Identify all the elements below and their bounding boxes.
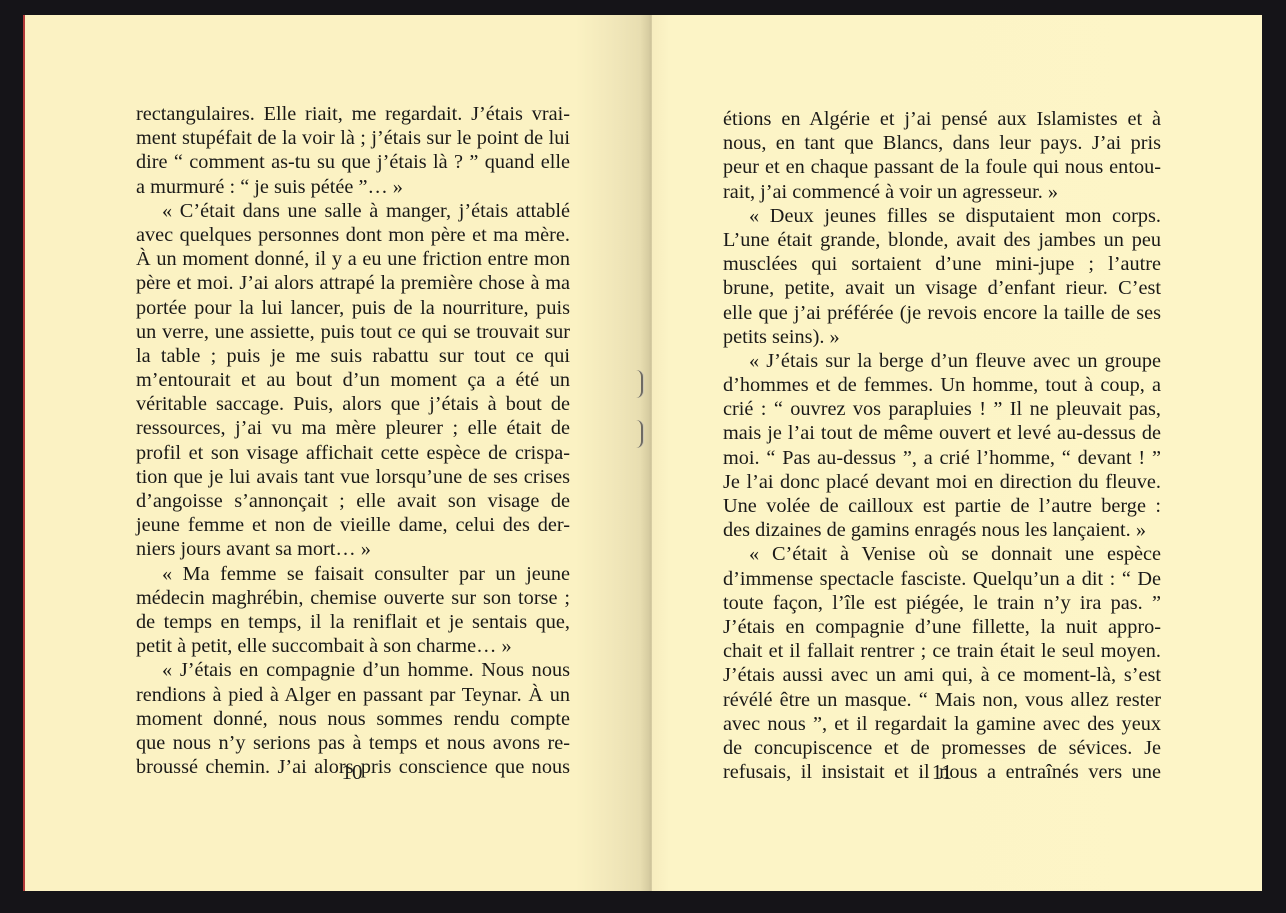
text-line: que nous n’y serions pas à temps et nous… bbox=[136, 731, 570, 755]
left-page: rectangulaires. Elle riait, me regardait… bbox=[23, 15, 651, 891]
paragraph-start-line: « Deux jeunes filles se disputaient mon … bbox=[723, 204, 1161, 228]
text-line: ment stupéfait de la voir là ; j’étais s… bbox=[136, 126, 570, 150]
text-line: J’étais aussi avec un ami qui, à ce mome… bbox=[723, 663, 1161, 687]
text-line: de temps en temps, il la reniflait et je… bbox=[136, 610, 570, 634]
text-line: crié : “ ouvrez vos parapluies ! ” Il ne… bbox=[723, 397, 1161, 421]
text-line: nous, en tant que Blancs, dans leur pays… bbox=[723, 131, 1161, 155]
text-line: a murmuré : “ je suis pétée ”… » bbox=[136, 175, 570, 199]
text-line: rendions à pied à Alger en passant par T… bbox=[136, 683, 570, 707]
text-line: jeune femme et non de vieille dame, celu… bbox=[136, 513, 570, 537]
paragraph-start-line: « Ma femme se faisait consulter par un j… bbox=[136, 562, 570, 586]
text-line: d’hommes et de femmes. Un homme, tout à … bbox=[723, 373, 1161, 397]
text-line: mais je l’ai tout de même ouvert et levé… bbox=[723, 421, 1161, 445]
text-line: portée pour la lui lancer, puis de la no… bbox=[136, 296, 570, 320]
paragraph-start-line: « J’étais en compagnie d’un homme. Nous … bbox=[136, 658, 570, 682]
text-line: L’une était grande, blonde, avait des ja… bbox=[723, 228, 1161, 252]
text-line: de concupiscence et de promesses de sévi… bbox=[723, 736, 1161, 760]
paragraph-start-line: « J’étais sur la berge d’un fleuve avec … bbox=[723, 349, 1161, 373]
page-number: 10 bbox=[322, 760, 382, 785]
text-line: brune, petite, avait un visage d’enfant … bbox=[723, 276, 1161, 300]
staple-icon bbox=[636, 420, 643, 448]
text-line: rait, j’ai commencé à voir un agresseur.… bbox=[723, 180, 1161, 204]
right-page-text: étions en Algérie et j’ai pensé aux Isla… bbox=[723, 107, 1161, 784]
text-line: elle que j’ai préférée (je revois encore… bbox=[723, 301, 1161, 325]
text-line: avec quelques personnes dont mon père et… bbox=[136, 223, 570, 247]
text-line: toute façon, l’île est piégée, le train … bbox=[723, 591, 1161, 615]
text-line: avec nous ”, et il regardait la gamine a… bbox=[723, 712, 1161, 736]
paragraph-start-line: « C’était à Venise où se donnait une esp… bbox=[723, 542, 1161, 566]
text-line: profil et son visage affichait cette esp… bbox=[136, 441, 570, 465]
text-line: rectangulaires. Elle riait, me regardait… bbox=[136, 102, 570, 126]
text-line: médecin maghrébin, chemise ouverte sur s… bbox=[136, 586, 570, 610]
text-line: chait et il fallait rentrer ; ce train é… bbox=[723, 639, 1161, 663]
text-line: petit à petit, elle succombait à son cha… bbox=[136, 634, 570, 658]
text-line: tion que je lui avais tant vue lorsqu’un… bbox=[136, 465, 570, 489]
text-line: Une volée de cailloux est partie de l’au… bbox=[723, 494, 1161, 518]
page-number: 11 bbox=[912, 760, 972, 785]
text-line: niers jours avant sa mort… » bbox=[136, 537, 570, 561]
text-line: moi. “ Pas au-dessus ”, a crié l’homme, … bbox=[723, 446, 1161, 470]
text-line: petits seins). » bbox=[723, 325, 1161, 349]
text-line: étions en Algérie et j’ai pensé aux Isla… bbox=[723, 107, 1161, 131]
text-line: moment donné, nous nous sommes rendu com… bbox=[136, 707, 570, 731]
text-line: J’étais en compagnie d’une fillette, la … bbox=[723, 615, 1161, 639]
text-line: musclées qui sortaient d’une mini-jupe ;… bbox=[723, 252, 1161, 276]
text-line: dire “ comment as-tu su que j’étais là ?… bbox=[136, 150, 570, 174]
text-line: des dizaines de gamins enragés nous les … bbox=[723, 518, 1161, 542]
text-line: m’entourait et au bout d’un moment ça a … bbox=[136, 368, 570, 392]
paragraph-start-line: « C’était dans une salle à manger, j’éta… bbox=[136, 199, 570, 223]
text-line: d’angoisse s’annonçait ; elle avait son … bbox=[136, 489, 570, 513]
text-line: d’immense spectacle fasciste. Quelqu’un … bbox=[723, 567, 1161, 591]
text-line: révélé être un masque. “ Mais non, vous … bbox=[723, 688, 1161, 712]
text-line: véritable saccage. Puis, alors que j’éta… bbox=[136, 392, 570, 416]
book-scan: rectangulaires. Elle riait, me regardait… bbox=[0, 0, 1286, 913]
right-page: étions en Algérie et j’ai pensé aux Isla… bbox=[651, 15, 1262, 891]
text-line: père et moi. J’ai alors attrapé la premi… bbox=[136, 271, 570, 295]
text-line: Je l’ai donc placé devant moi en directi… bbox=[723, 470, 1161, 494]
text-line: À un moment donné, il y a eu une frictio… bbox=[136, 247, 570, 271]
staple-icon bbox=[636, 370, 643, 398]
text-line: ressources, j’ai vu ma mère pleurer ; el… bbox=[136, 416, 570, 440]
left-page-text: rectangulaires. Elle riait, me regardait… bbox=[136, 102, 570, 779]
text-line: peur et en chaque passant de la foule qu… bbox=[723, 155, 1161, 179]
text-line: un verre, une assiette, puis tout ce qui… bbox=[136, 320, 570, 344]
text-line: la table ; puis je me suis rabattu sur t… bbox=[136, 344, 570, 368]
